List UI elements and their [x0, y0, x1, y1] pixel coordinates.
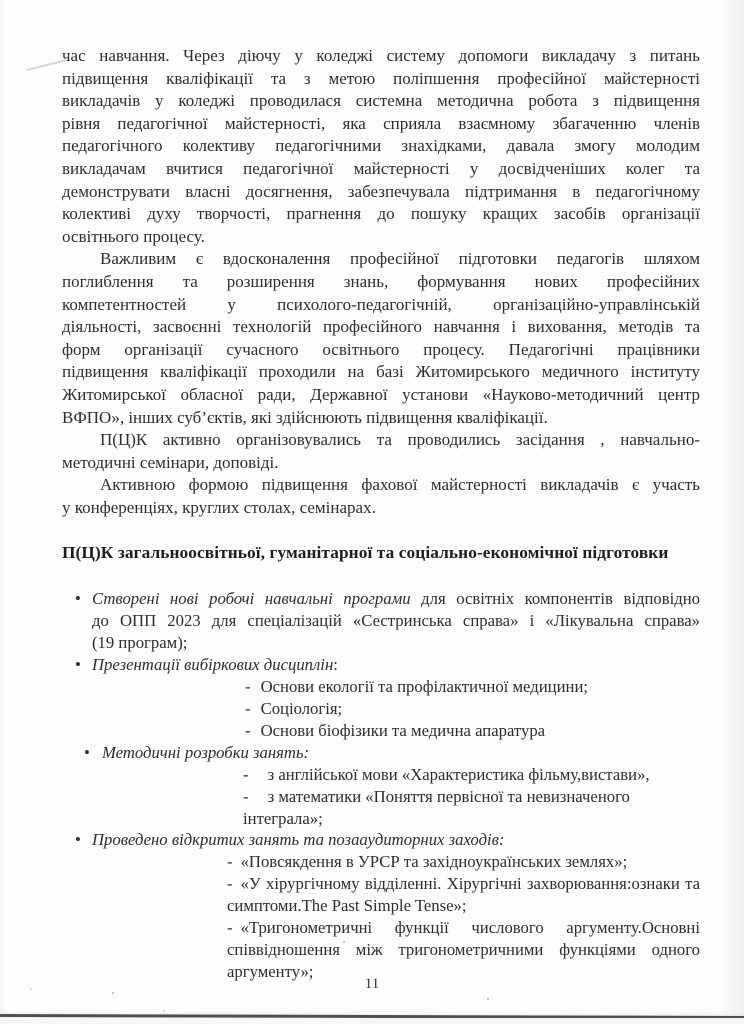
paragraphs-container: час навчання. Через діючу у коледжі сист… — [62, 45, 700, 519]
text-line: форм організації сучасного освітнього пр… — [62, 339, 700, 362]
scan-background-strip — [0, 1018, 744, 1024]
text-line: підвищення кваліфікації проходили на баз… — [62, 361, 700, 384]
text-segment: (19 програм); — [92, 633, 187, 652]
text-segment: викладачам вчитися педагогічної майстерн… — [62, 159, 700, 178]
dash-marker: - — [227, 874, 233, 893]
text-segment: «Повсякдення в УРСР та західноукраїнськи… — [241, 852, 628, 871]
text-line: симптоми.The Past Simple Tense»; — [227, 895, 700, 917]
text-segment: з англійської мови «Характеристика фільм… — [268, 765, 650, 784]
text-segment: демонструвати власні досягнення, забезпе… — [62, 182, 700, 201]
list-item: •Презентації вибіркових дисциплін: — [92, 654, 700, 676]
text-segment: симптоми.The Past Simple Tense»; — [227, 896, 467, 915]
text-line: -«У хірургічному відділенні. Хірургічні … — [227, 873, 700, 895]
text-line: колективі духу творчості, прагнення до п… — [62, 203, 700, 226]
text-line: -Основи екології та профілактичної медиц… — [245, 676, 700, 698]
document-body: час навчання. Через діючу у коледжі сист… — [62, 45, 700, 983]
text-segment: Активною формою підвищення фахової майст… — [100, 475, 700, 494]
text-segment: у конференціях, круглих столах, семінара… — [62, 498, 376, 517]
dash-marker: - — [243, 787, 249, 806]
text-line: Житомирської обласної ради, Державної ус… — [62, 384, 700, 407]
text-line: викладачів у коледжі проводилася системн… — [62, 90, 700, 113]
scan-speck-artifact — [30, 988, 32, 990]
text-segment: з математики «Поняття первісної та невиз… — [243, 787, 630, 828]
scan-speck-artifact — [487, 998, 489, 1000]
text-segment: Створені нові робочі навчальні програми — [92, 589, 411, 608]
list-item: -Соціологія; — [245, 698, 700, 720]
text-segment: П(Ц)К активно організовувались та провод… — [100, 430, 700, 449]
text-segment: Соціологія; — [261, 699, 343, 718]
text-segment: Методичні розробки занять: — [102, 743, 309, 762]
text-segment: рівня педагогічної майстерності, яка спр… — [62, 114, 700, 133]
text-line: Активною формою підвищення фахової майст… — [62, 474, 700, 497]
text-line: підвищення кваліфікації та з метою поліп… — [62, 68, 700, 91]
scan-speck-artifact — [112, 992, 114, 994]
text-line: -Соціологія; — [245, 698, 700, 720]
text-line: •Методичні розробки занять: — [102, 742, 700, 764]
text-segment: методичні семінари, доповіді. — [62, 453, 279, 472]
list-item: •Створені нові робочі навчальні програми… — [92, 588, 700, 654]
text-segment: Проведено відкритих занять та позааудито… — [92, 830, 504, 849]
text-line: -з математики «Поняття первісної та неви… — [243, 786, 700, 830]
text-segment: освітнього процесу. — [62, 227, 205, 246]
paragraph: Важливим є вдосконалення професійної під… — [62, 248, 700, 429]
paragraph: час навчання. Через діючу у коледжі сист… — [62, 45, 700, 248]
text-line: •Створені нові робочі навчальні програми… — [92, 588, 700, 610]
text-line: •Проведено відкритих занять та позааудит… — [92, 829, 700, 851]
text-segment: : — [333, 655, 338, 674]
list-item: -Основи екології та профілактичної медиц… — [245, 676, 700, 698]
text-segment: співвідношення між тригонометричними фун… — [227, 940, 700, 959]
text-line: освітнього процесу. — [62, 226, 700, 249]
scanned-page: час навчання. Через діючу у коледжі сист… — [0, 0, 744, 1024]
text-line: (19 програм); — [92, 632, 700, 654]
list-item: -«Повсякдення в УРСР та західноукраїнськ… — [227, 851, 700, 873]
text-line: рівня педагогічної майстерності, яка спр… — [62, 113, 700, 136]
paragraph: П(Ц)К активно організовувались та провод… — [62, 429, 700, 474]
text-segment: для освітніх компонентів відповідно — [411, 589, 700, 608]
dash-marker: - — [245, 677, 251, 696]
text-line: ВФПО», інших суб’єктів, які здійснюють п… — [62, 407, 700, 430]
paragraph: Активною формою підвищення фахової майст… — [62, 474, 700, 519]
text-segment: ВФПО», інших суб’єктів, які здійснюють п… — [62, 408, 548, 427]
text-line: -з англійської мови «Характеристика філь… — [243, 764, 700, 786]
dash-marker: - — [243, 765, 249, 784]
text-segment: педагогічного колективу педагогічними зн… — [62, 136, 700, 155]
text-line: •Презентації вибіркових дисциплін: — [92, 654, 700, 676]
bullet-marker: • — [75, 829, 81, 851]
text-segment: поглиблення та розширення знань, формува… — [62, 272, 700, 291]
text-line: -«Тригонометричні функції числового аргу… — [227, 917, 700, 939]
text-segment: Житомирської обласної ради, Державної ус… — [62, 385, 700, 404]
text-segment: Основи біофізики та медична апаратура — [261, 721, 546, 740]
bullet-marker: • — [84, 742, 90, 764]
section-heading: П(Ц)К загальноосвітньої, гуманітарної та… — [62, 541, 700, 564]
text-segment: «У хірургічному відділенні. Хірургічні з… — [241, 874, 700, 893]
list-item: -з математики «Поняття первісної та неви… — [243, 786, 700, 830]
text-segment: Презентації вибіркових дисциплін — [92, 655, 333, 674]
text-line: у конференціях, круглих столах, семінара… — [62, 497, 700, 520]
dash-marker: - — [227, 918, 233, 937]
list-item: •Методичні розробки занять: — [102, 742, 700, 764]
page-number: 11 — [0, 976, 744, 993]
text-segment: Важливим є вдосконалення професійної під… — [100, 249, 700, 268]
text-segment: форм організації сучасного освітнього пр… — [62, 340, 700, 359]
text-segment: підвищення кваліфікації та з метою поліп… — [62, 69, 700, 88]
text-line: час навчання. Через діючу у коледжі сист… — [62, 45, 700, 68]
text-line: до ОПП 2023 для спеціалізацій «Сестринсь… — [92, 610, 700, 632]
text-segment: діяльності, засвоєнні технологій професі… — [62, 317, 700, 336]
text-segment: викладачів у коледжі проводилася системн… — [62, 91, 700, 110]
bullet-marker: • — [75, 588, 81, 610]
bullet-list: •Створені нові робочі навчальні програми… — [62, 588, 700, 982]
text-line: педагогічного колективу педагогічними зн… — [62, 135, 700, 158]
text-line: компетентностей у психолого-педагогічній… — [62, 294, 700, 317]
text-line: -«Повсякдення в УРСР та західноукраїнськ… — [227, 851, 700, 873]
text-line: діяльності, засвоєнні технологій професі… — [62, 316, 700, 339]
list-item: •Проведено відкритих занять та позааудит… — [92, 829, 700, 851]
scan-speck-artifact — [343, 941, 345, 943]
text-segment: до ОПП 2023 для спеціалізацій «Сестринсь… — [92, 611, 700, 630]
text-line: Важливим є вдосконалення професійної під… — [62, 248, 700, 271]
dash-marker: - — [245, 721, 251, 740]
text-line: поглиблення та розширення знань, формува… — [62, 271, 700, 294]
list-item: -з англійської мови «Характеристика філь… — [243, 764, 700, 786]
text-segment: компетентностей у психолого-педагогічній… — [62, 295, 700, 314]
list-item: -Основи біофізики та медична апаратура — [245, 720, 700, 742]
text-segment: колективі духу творчості, прагнення до п… — [62, 204, 700, 223]
scan-speck-artifact — [163, 1010, 165, 1012]
text-line: -Основи біофізики та медична апаратура — [245, 720, 700, 742]
text-line: П(Ц)К активно організовувались та провод… — [62, 429, 700, 452]
dash-marker: - — [227, 852, 233, 871]
list-item: -«Тригонометричні функції числового аргу… — [227, 917, 700, 983]
text-line: методичні семінари, доповіді. — [62, 452, 700, 475]
text-line: демонструвати власні досягнення, забезпе… — [62, 181, 700, 204]
text-segment: час навчання. Через діючу у коледжі сист… — [62, 46, 700, 65]
text-segment: Основи екології та профілактичної медици… — [261, 677, 588, 696]
list-item: -«У хірургічному відділенні. Хірургічні … — [227, 873, 700, 917]
text-line: викладачам вчитися педагогічної майстерн… — [62, 158, 700, 181]
text-line: співвідношення між тригонометричними фун… — [227, 939, 700, 961]
text-segment: «Тригонометричні функції числового аргум… — [241, 918, 700, 937]
bullet-marker: • — [75, 654, 81, 676]
dash-marker: - — [245, 699, 251, 718]
text-segment: підвищення кваліфікації проходили на баз… — [62, 362, 700, 381]
